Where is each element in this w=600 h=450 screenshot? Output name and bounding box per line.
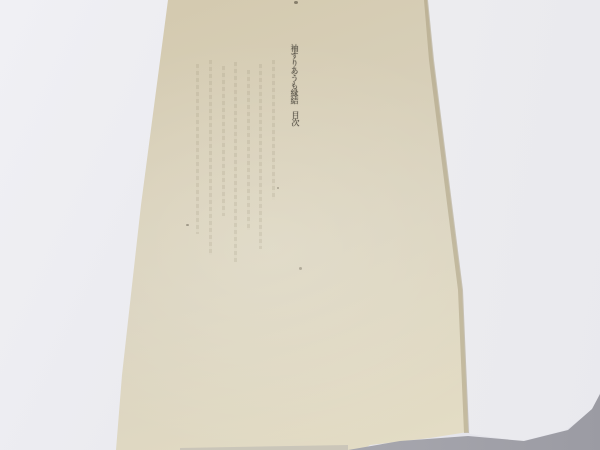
book-photo: 袖すりあうも縁結 目次 (0, 0, 600, 450)
show-through-column (196, 64, 199, 234)
page-speck (299, 267, 302, 270)
show-through-column (234, 62, 237, 262)
contents-label: 目次 (291, 111, 299, 126)
show-through-column (209, 60, 212, 255)
show-through-column (272, 60, 275, 200)
show-through-column (222, 66, 225, 216)
page-speck (294, 1, 298, 4)
page-speck (277, 187, 279, 189)
show-through-column (259, 64, 262, 249)
page-speck (186, 224, 189, 226)
show-through-column (247, 70, 250, 230)
book-title-vertical-text: 袖すりあうも縁結 (290, 44, 298, 104)
